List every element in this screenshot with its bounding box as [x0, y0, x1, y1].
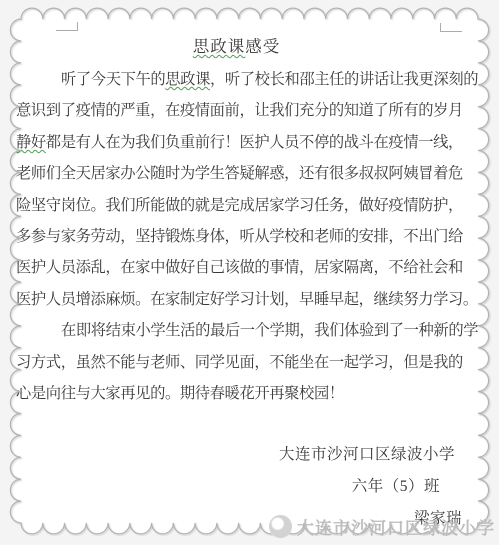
essay-line: 在即将结束小学生活的最后一个学期，我们体验到了一种新的学 [0, 315, 499, 346]
signature-class: 六年（5）班 [0, 471, 499, 503]
spellcheck-marked-text: 静好 [16, 134, 46, 151]
essay-line: 意识到了疫情的严重，在疫情面前，让我们充分的知道了所有的岁月 [0, 95, 499, 126]
essay-line: 险坚守岗位。我们所能做的就是完成居家学习任务，做好疫情防护， [0, 190, 499, 221]
essay-line: 习方式，虽然不能与老师、同学见面，不能坐在一起学习，但是我的 [0, 347, 499, 378]
text-segment: 心是向往与大家再见的。期待春暖花开再聚校园！ [16, 385, 344, 402]
text-segment: 听了今天下午的 [61, 71, 165, 88]
essay-line: 心是向往与大家再见的。期待春暖花开再聚校园！ [0, 378, 499, 409]
essay-line: 听了今天下午的思政课，听了校长和邵主任的讲话让我更深刻的 [0, 64, 499, 95]
watermark-text: 大连市沙河口区绿波小学 [297, 514, 495, 539]
spellcheck-marked-text: 思政课 [165, 71, 210, 88]
essay-line: 静好都是有人在为我们负重前行！医护人员不停的战斗在疫情一线， [0, 127, 499, 158]
essay-body: 听了今天下午的思政课，听了校长和邵主任的讲话让我更深刻的 意识到了疫情的严重，在… [0, 64, 499, 409]
text-boundary-mark-top-left [56, 22, 78, 31]
signature-school: 大连市沙河口区绿波小学 [0, 439, 499, 471]
text-segment: 医护人员添乱，在家中做好自己该做的事情，居家隔离，不给社会和 [16, 259, 463, 276]
text-segment: 医护人员增添麻烦。在家制定好学习计划，早睡早起，继续努力学习。 [16, 291, 478, 308]
text-segment: 在即将结束小学生活的最后一个学期，我们体验到了一种新的学 [61, 322, 478, 339]
essay-line: 多参与家务劳动，坚持锻炼身体，听从学校和老师的安排，不出门给 [0, 221, 499, 252]
essay-line: 医护人员添乱，在家中做好自己该做的事情，居家隔离，不给社会和 [0, 252, 499, 283]
text-segment: 都是有人在为我们负重前行！医护人员不停的战斗在疫情一线， [46, 134, 463, 151]
text-boundary-mark-top-right [440, 23, 462, 32]
text-segment: 险坚守岗位。我们所能做的就是完成居家学习任务，做好疫情防护， [16, 197, 463, 214]
text-segment: 多参与家务劳动，坚持锻炼身体，听从学校和老师的安排，不出门给 [16, 228, 463, 245]
school-logo-icon [269, 515, 292, 538]
watermark: 大连市沙河口区绿波小学 [269, 514, 495, 539]
essay-line: 医护人员增添麻烦。在家制定好学习计划，早睡早起，继续努力学习。 [0, 284, 499, 315]
text-segment: 意识到了疫情的严重，在疫情面前，让我们充分的知道了所有的岁月 [16, 102, 463, 119]
title-rest-text: 感受 [245, 37, 280, 56]
essay-line: 老师们全天居家办公随时为学生答疑解惑，还有很多叔叔阿姨冒着危 [0, 158, 499, 189]
title-spellcheck-marked-text: 思政课 [193, 37, 246, 56]
essay-title: 思政课感受 [0, 36, 473, 58]
essay-sheet: 思政课感受 听了今天下午的思政课，听了校长和邵主任的讲话让我更深刻的 意识到了疫… [0, 0, 499, 545]
text-segment: 习方式，虽然不能与老师、同学见面，不能坐在一起学习，但是我的 [16, 354, 463, 371]
text-segment: ，听了校长和邵主任的讲话让我更深刻的 [210, 71, 478, 88]
text-segment: 老师们全天居家办公随时为学生答疑解惑，还有很多叔叔阿姨冒着危 [16, 165, 463, 182]
essay-content: 思政课感受 听了今天下午的思政课，听了校长和邵主任的讲话让我更深刻的 意识到了疫… [0, 0, 499, 535]
